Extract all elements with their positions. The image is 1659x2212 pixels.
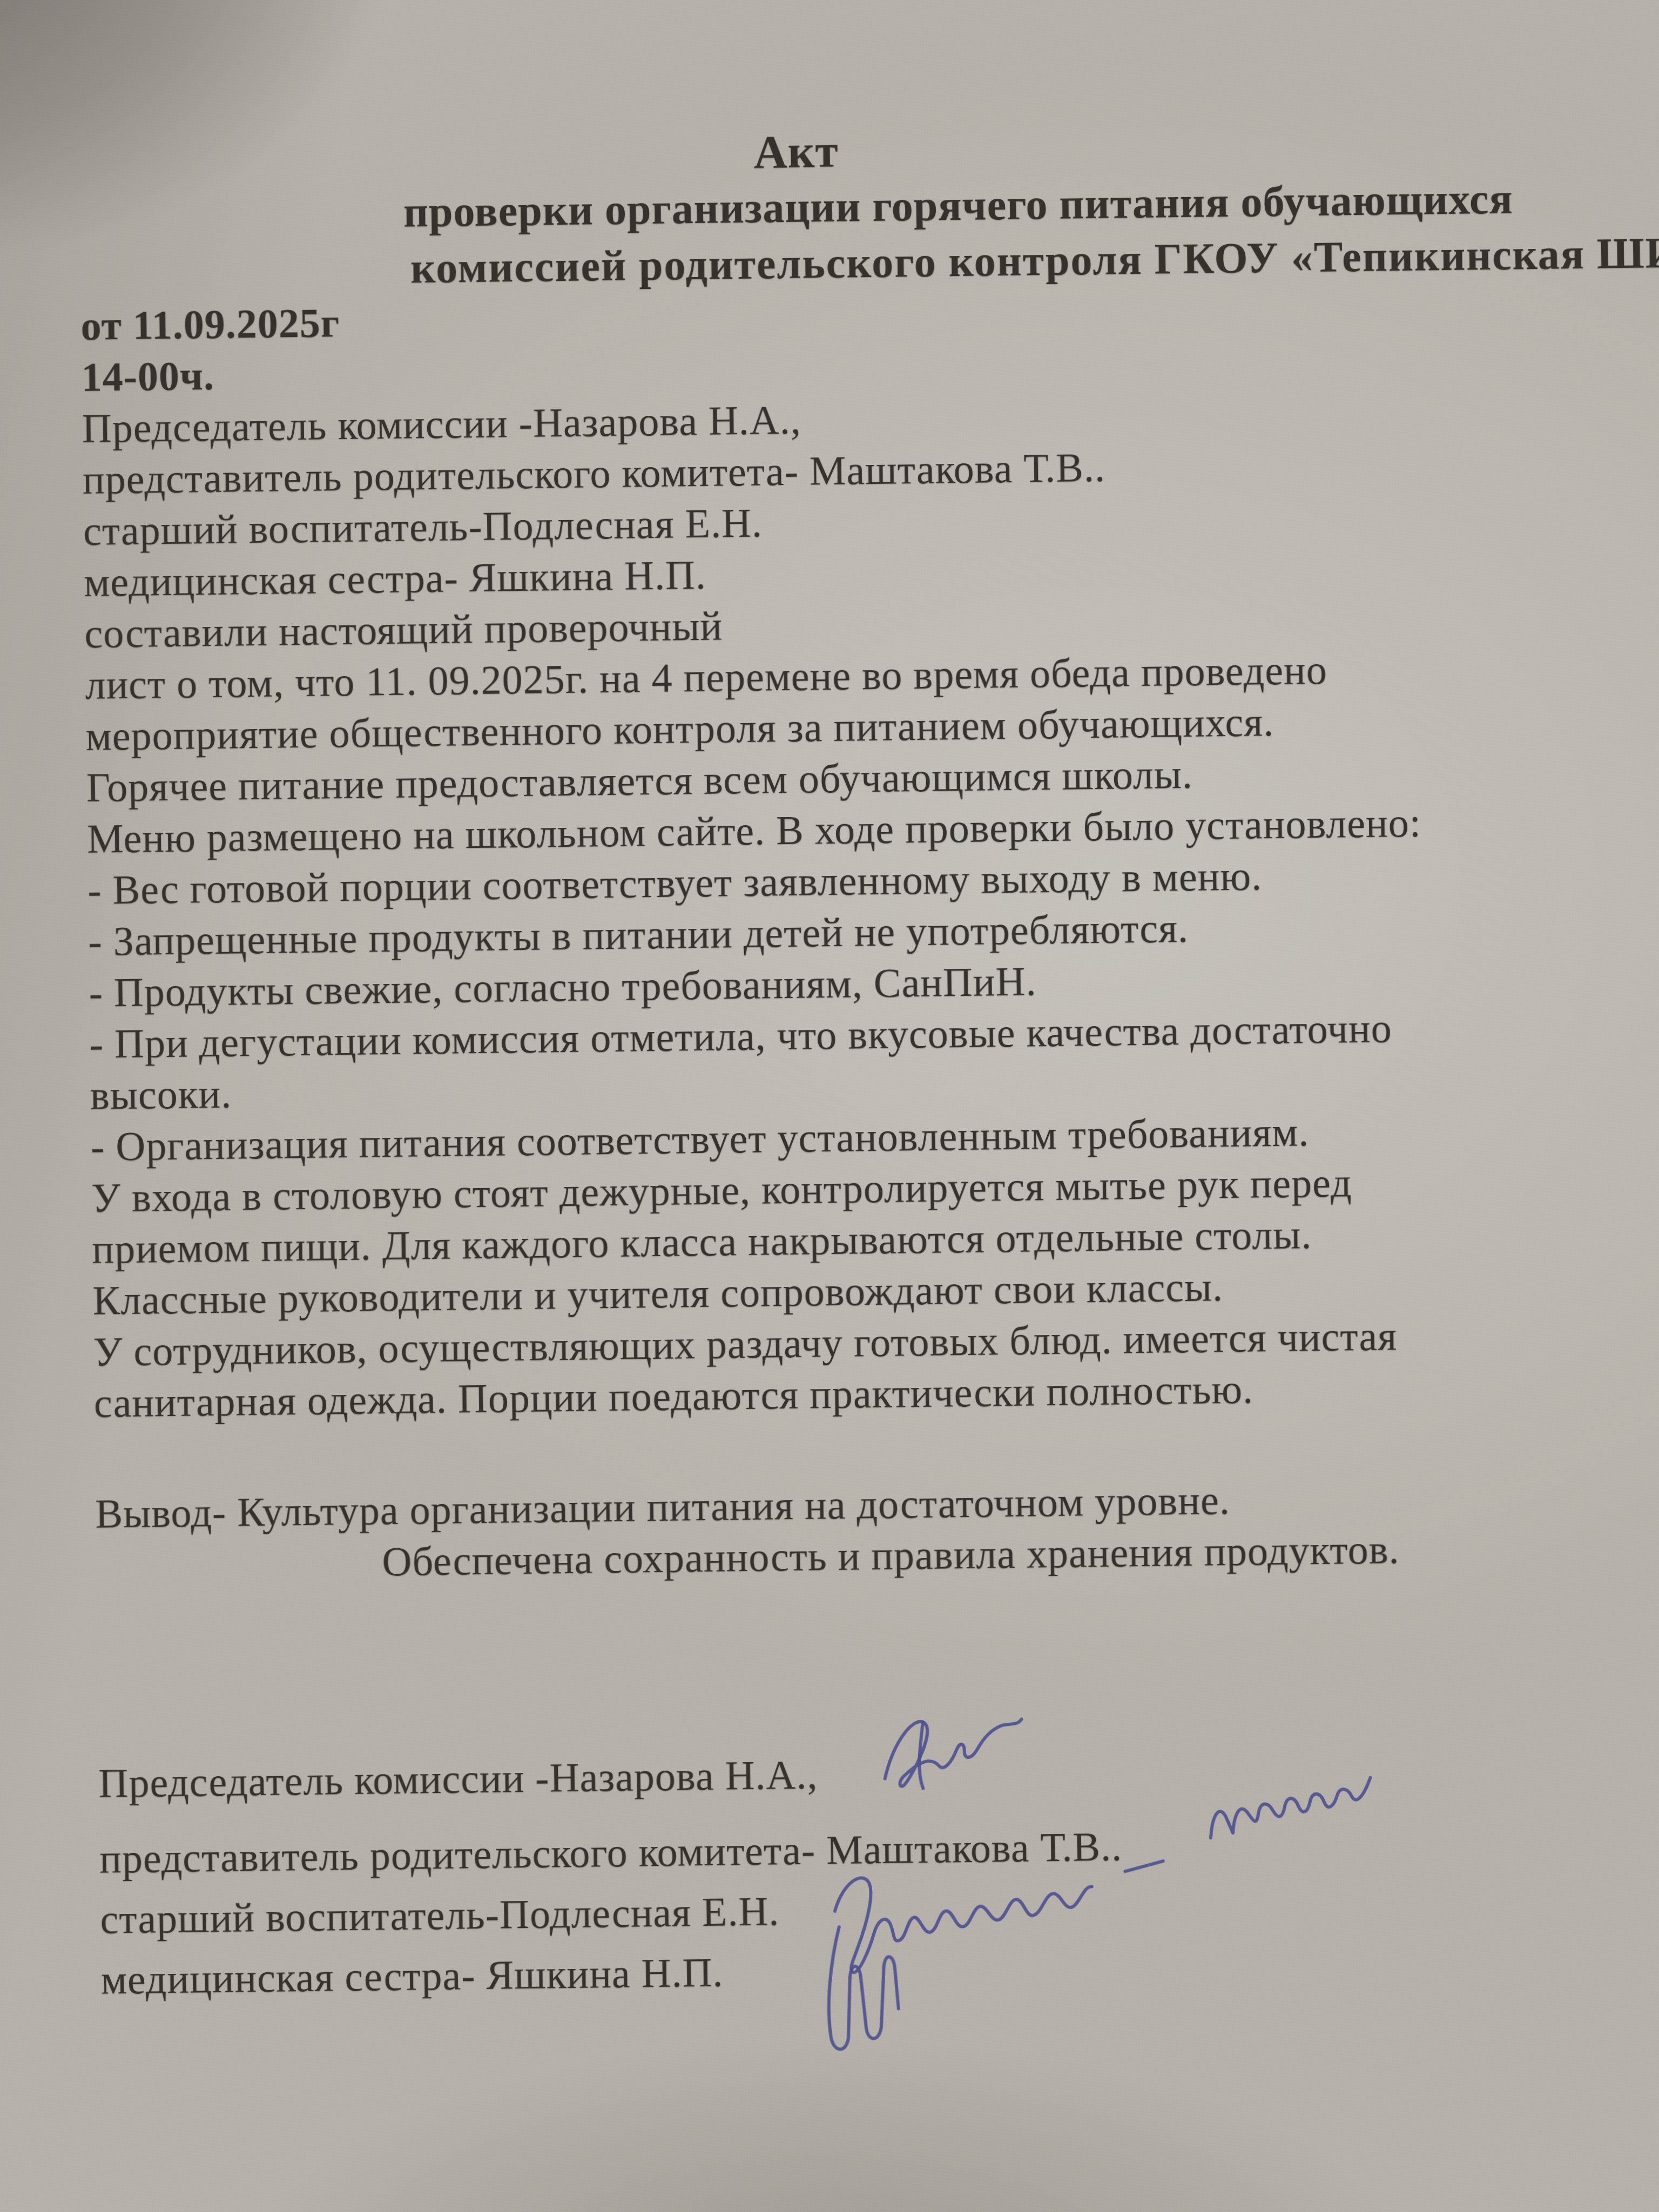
signature-label-nazarova: Председатель комиссии -Назарова Н.А., xyxy=(98,1752,818,1806)
document-photo: { "colors": { "paper": "#b7b2aa", "text"… xyxy=(0,0,1659,2212)
signature-line-chairman: Председатель комиссии -Назарова Н.А., xyxy=(98,1734,1659,1814)
handwritten-signature-nazarova-ink xyxy=(865,1691,1054,1813)
conclusion-block: Вывод- Культура организации питания на д… xyxy=(95,1469,1659,1591)
signature-block: Председатель комиссии -Назарова Н.А., пр… xyxy=(98,1734,1659,2011)
signature-label-podlesnaya: старший воспитатель-Подлесная Е.Н. xyxy=(100,1889,780,1942)
signature-label-yashkina: медицинская сестра- Яшкина Н.П. xyxy=(100,1950,724,2003)
signature-label-mashtakova: представитель родительского комитета- Ма… xyxy=(99,1824,1123,1882)
paper-sheet: Акт проверки организации горячего питани… xyxy=(78,113,1659,2011)
